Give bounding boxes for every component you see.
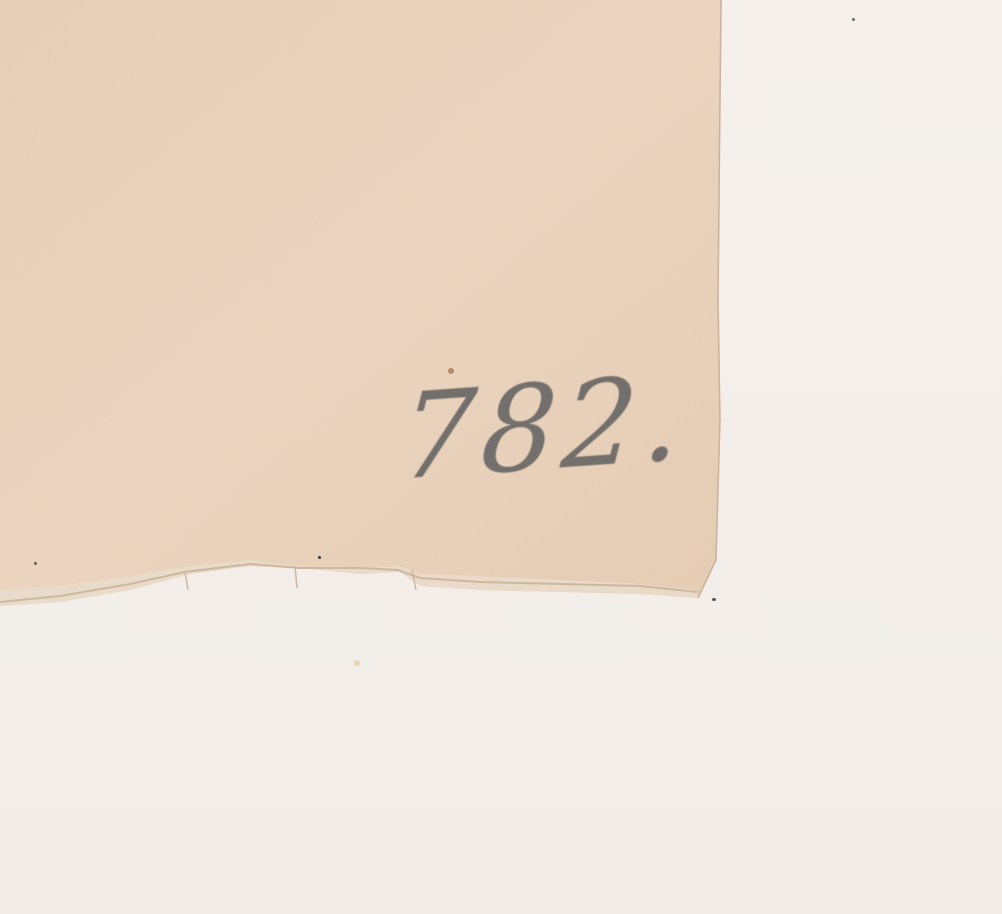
photo-scene: 782. [0,0,1002,914]
handwritten-number: 782. [397,358,691,497]
background-speck [852,18,855,21]
background-speck [354,660,360,666]
paper-speck [34,562,37,565]
paper-speck [448,368,454,374]
paper-speck [318,556,321,559]
background-speck [712,598,716,601]
paper-sheet [0,0,722,612]
